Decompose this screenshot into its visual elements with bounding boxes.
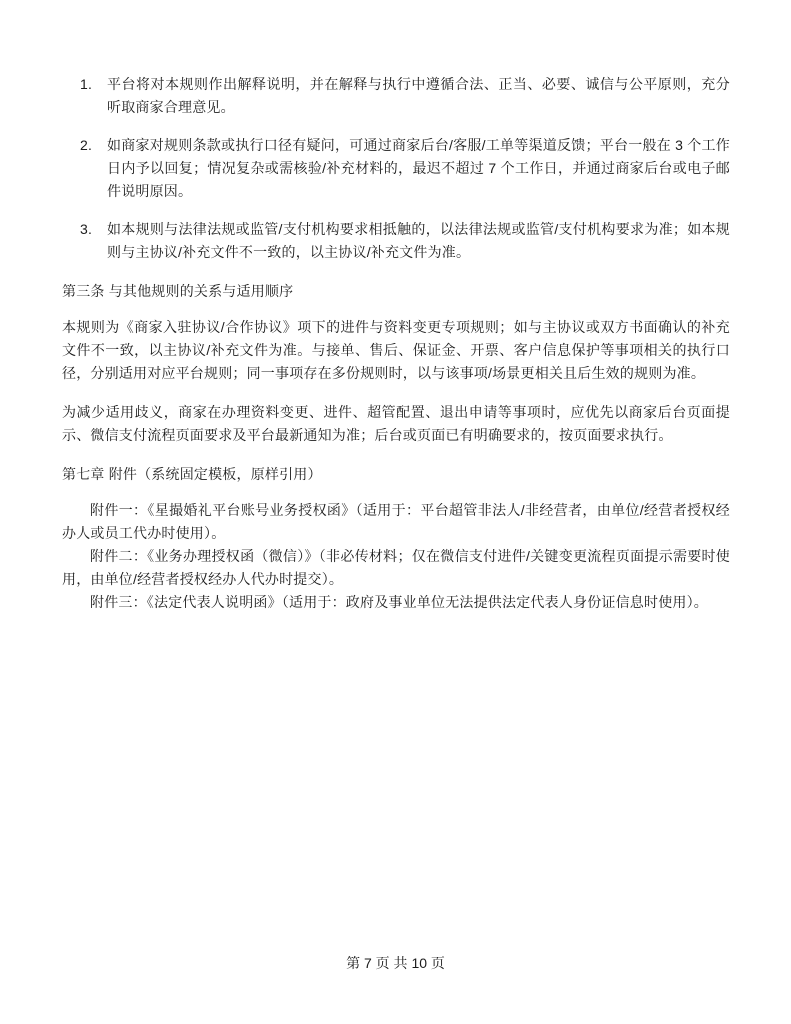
numbered-clause-3: 3. 如本规则与法律法规或监管/支付机构要求相抵触的，以法律法规或监管/支付机构… <box>62 218 730 264</box>
document-content: 1. 平台将对本规则作出解释说明，并在解释与执行中遵循合法、正当、必要、诚信与公… <box>62 73 730 614</box>
paragraph-article-scope: 本规则为《商家入驻协议/合作协议》项下的进件与资料变更专项规则；如与主协议或双方… <box>62 316 730 385</box>
document-page: 1. 平台将对本规则作出解释说明，并在解释与执行中遵循合法、正当、必要、诚信与公… <box>0 0 791 1024</box>
chapter-7-heading: 第七章 附件（系统固定模板，原样引用） <box>62 463 730 486</box>
article-3-heading: 第三条 与其他规则的关系与适用顺序 <box>62 280 730 303</box>
attachment-1-paragraph: 附件一：《星撮婚礼平台账号业务授权函》（适用于：平台超管非法人/非经营者，由单位… <box>62 499 730 545</box>
paragraph-priority-rule: 为减少适用歧义，商家在办理资料变更、进件、超管配置、退出申请等事项时，应优先以商… <box>62 401 730 447</box>
page-footer: 第 7 页 共 10 页 <box>0 952 791 975</box>
clause-text: 平台将对本规则作出解释说明，并在解释与执行中遵循合法、正当、必要、诚信与公平原则… <box>107 73 730 119</box>
clause-number: 1. <box>62 73 107 119</box>
numbered-clause-1: 1. 平台将对本规则作出解释说明，并在解释与执行中遵循合法、正当、必要、诚信与公… <box>62 73 730 119</box>
clause-text: 如本规则与法律法规或监管/支付机构要求相抵触的，以法律法规或监管/支付机构要求为… <box>107 218 730 264</box>
numbered-clause-2: 2. 如商家对规则条款或执行口径有疑问，可通过商家后台/客服/工单等渠道反馈；平… <box>62 134 730 203</box>
clause-number: 3. <box>62 218 107 264</box>
attachment-2-paragraph: 附件二：《业务办理授权函（微信）》（非必传材料；仅在微信支付进件/关键变更流程页… <box>62 545 730 591</box>
clause-number: 2. <box>62 134 107 203</box>
page-number-label: 第 7 页 共 10 页 <box>346 955 445 971</box>
attachment-3-paragraph: 附件三：《法定代表人说明函》（适用于：政府及事业单位无法提供法定代表人身份证信息… <box>62 591 730 614</box>
clause-text: 如商家对规则条款或执行口径有疑问，可通过商家后台/客服/工单等渠道反馈；平台一般… <box>107 134 730 203</box>
